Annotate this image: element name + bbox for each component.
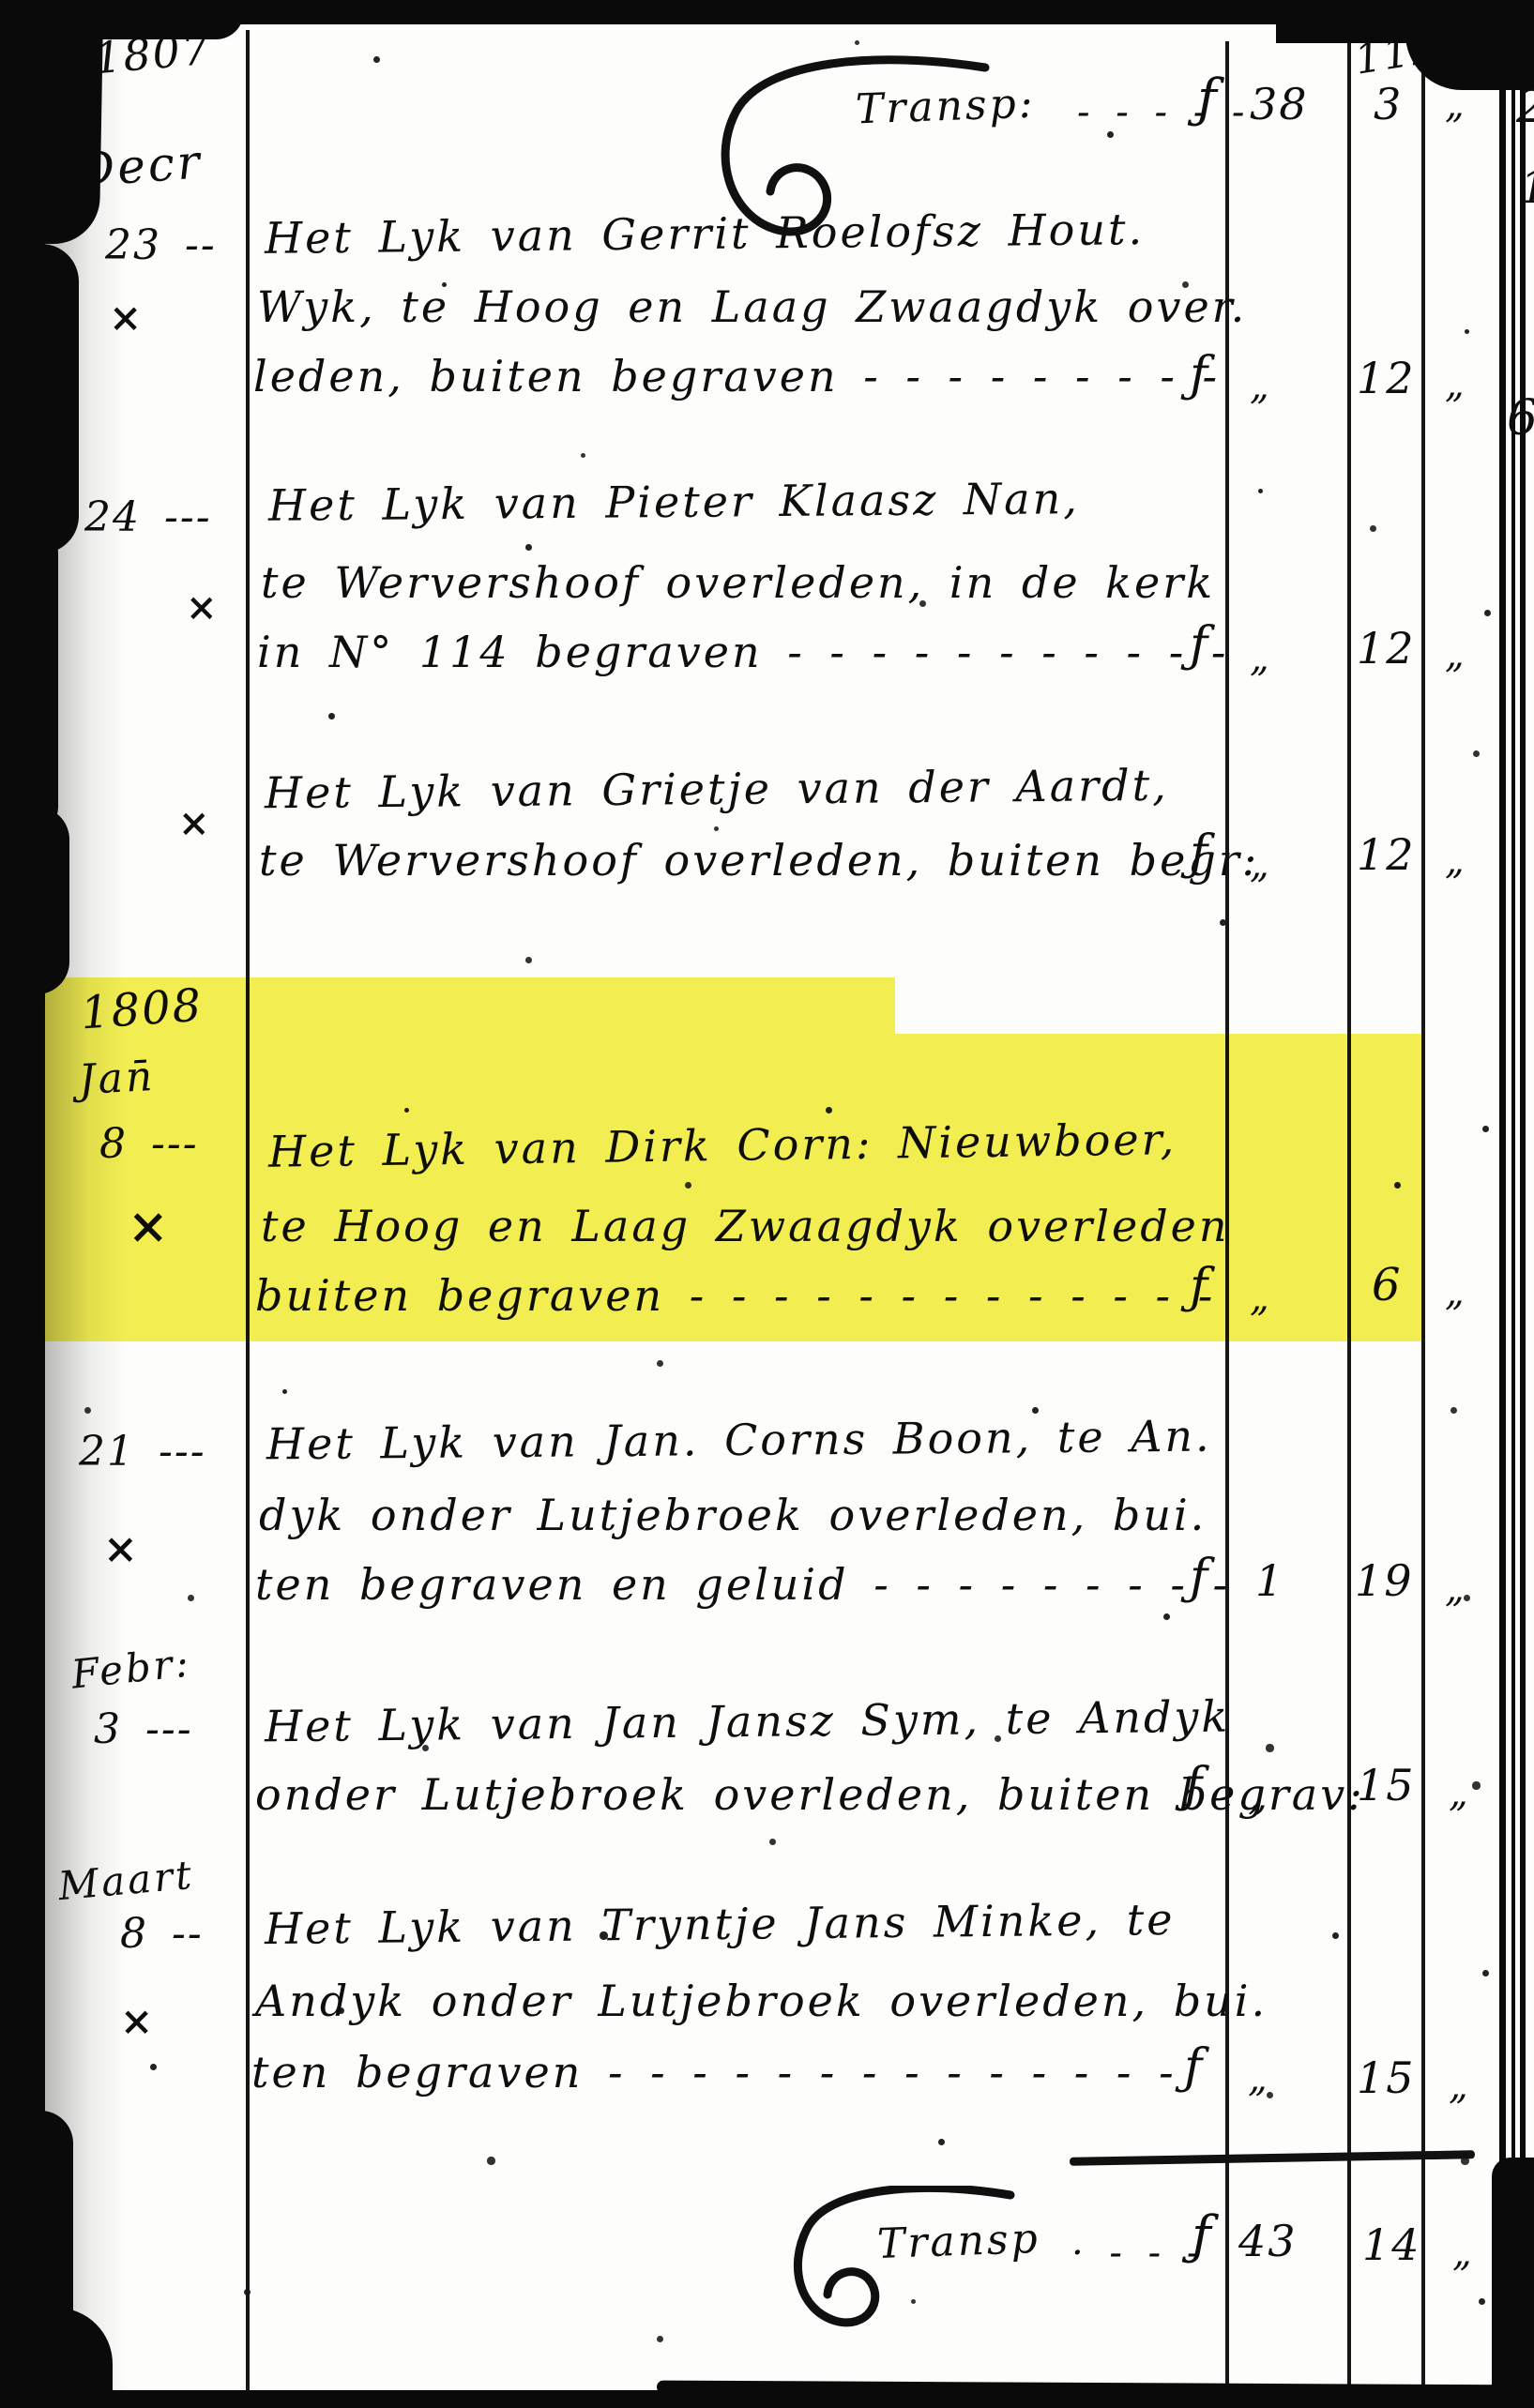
x-mark: × [120,2002,156,2041]
scan-border-left-blob [0,244,79,553]
scan-border-left-blob [0,807,69,994]
transport-top-stuivers: 3 [1374,83,1403,126]
amount-stuivers: 12 [1357,833,1416,876]
amount-stuivers: 12 [1357,356,1416,400]
transport-bottom-stuivers: 14 [1362,2223,1421,2266]
entry-line: Het Lyk van Grietje van der Aardt, [265,764,1169,814]
transport-top-dashes: - - - - - [1077,94,1247,131]
scan-border-left-blob [0,525,58,835]
entry-line: dyk onder Lutjebroek overleden, bui. [259,1493,1207,1537]
entry-line: ten begraven - - - - - - - - - - - - - - [251,2051,1177,2094]
x-mark: × [103,1529,141,1570]
amount-florin: ƒ [1190,1553,1210,1602]
x-mark: × [186,589,220,627]
amount-stuivers: 12 [1357,627,1416,670]
amount-guilders: „ [1248,2060,1269,2098]
entry-line: Het Lyk van Tryntje Jans Minke, te [265,1898,1176,1950]
entry-line: te Wervershoof overleden, in de kerk [261,561,1215,604]
entry-line: Het Lyk van Pieter Klaasz Nan, [268,477,1080,527]
amount-guilders: „ [1250,640,1271,677]
entry-line: leden, buiten begraven - - - - - - - - - [253,355,1220,398]
transport-bottom-florin: ƒ [1192,2210,1214,2263]
entry-line: Wyk, te Hoog en Laag Zwaagdyk over. [257,285,1247,328]
transport-bottom-penningen: „ [1452,2234,1474,2272]
amount-penningen: „ [1449,1775,1470,1812]
margin-day: 8 -- [120,1914,204,1955]
entry-line: Andyk onder Lutjebroek overleden, bui. [255,1979,1268,2022]
highlight-band-right [895,1034,1422,1341]
amount-penningen: „ [1445,1274,1466,1311]
edge-digit-fragment: 2 [1516,84,1534,129]
scan-border-left-wide-top [0,0,103,245]
amount-stuivers: 15 [1357,2056,1416,2099]
transport-top-guilders: 38 [1250,83,1309,126]
entry-line: Het Lyk van Jan. Corns Boon, te An. [266,1415,1212,1466]
transport-top-florin: ƒ [1197,73,1220,126]
margin-day: 24 --- [84,497,212,538]
register-scan-page: 1807 112 Transp: - - - - - ƒ 38 3 „ Decr… [0,0,1534,2408]
transport-bottom-dashes: · - - - [1071,2234,1202,2272]
sum-line [1070,2150,1475,2166]
margin-month: Maart [56,1855,195,1906]
transport-bottom-label: Transp [876,2219,1040,2265]
entry-line: ten begraven en geluid - - - - - - - - - [255,1563,1230,1606]
x-mark: × [178,805,213,842]
amount-penningen: „ [1445,1570,1466,1608]
amount-penningen: „ [1449,2067,1470,2105]
margin-day: 23 -- [105,225,217,266]
amount-florin: ƒ [1184,2043,1205,2092]
margin-month: Febr: [69,1643,193,1694]
amount-florin: ƒ [1190,621,1210,670]
transport-top-label: Transp: [855,83,1036,131]
page-edge-blot [1492,2158,1534,2408]
edge-digit-fragment: 1 [1520,165,1534,210]
highlight-band-left [39,977,895,1341]
entry-line: te Wervershoof overleden, buiten begr: [259,839,1259,882]
amount-florin: ƒ [1190,351,1210,400]
x-mark: × [109,298,144,338]
entry-line: in N° 114 begraven - - - - - - - - - - - [257,630,1228,674]
amount-stuivers: 19 [1355,1559,1414,1602]
margin-day: 21 --- [79,1431,206,1473]
amount-guilders: „ [1250,846,1271,884]
margin-day: 3 --- [94,1709,193,1750]
transport-top-penningen: „ [1445,86,1466,124]
amount-penningen: „ [1445,366,1466,403]
page-edge-line [1499,38,1506,2408]
amount-penningen: „ [1445,842,1466,880]
entry-line: Het Lyk van Gerrit Roelofsz Hout. [265,207,1146,260]
amount-guilders: 1 [1255,1559,1284,1602]
amount-penningen: „ [1445,636,1466,674]
amount-guilders: „ [1250,368,1271,405]
entry-line: Het Lyk van Jan Jansz Sym, te Andyk [265,1695,1231,1749]
amount-florin: ƒ [1184,1762,1205,1810]
amount-florin: ƒ [1190,829,1210,878]
amount-guilders: „ [1248,1779,1269,1816]
amount-stuivers: 15 [1357,1764,1416,1807]
edge-digit-fragment: 6 [1507,394,1534,443]
transport-bottom-guilders: 43 [1238,2219,1298,2263]
